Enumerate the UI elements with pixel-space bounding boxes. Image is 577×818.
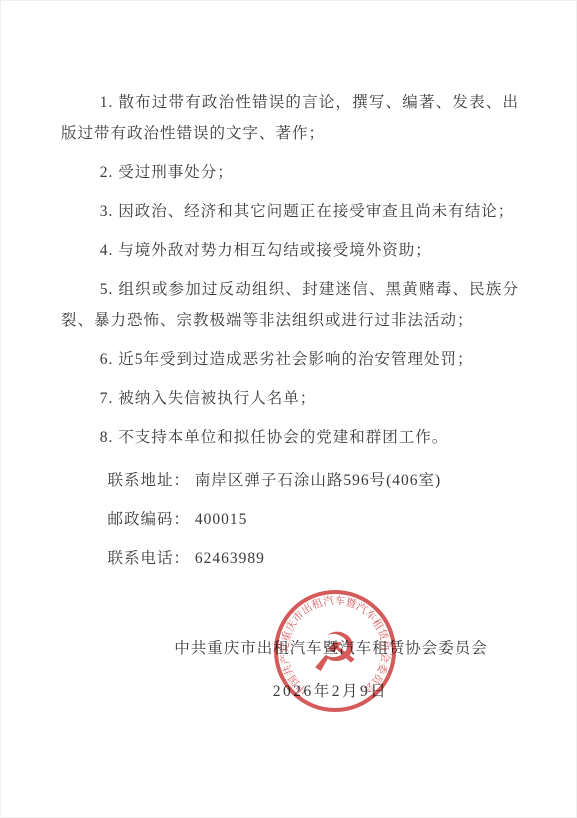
numbered-item-5: 5. 组织或参加过反动组织、封建迷信、黑黄赌毒、民族分裂、暴力恐怖、宗教极端等非… xyxy=(61,274,519,336)
signature-date: 2026年2月9日 xyxy=(1,676,576,707)
numbered-item-8: 8. 不支持本单位和拟任协会的党建和群团工作。 xyxy=(61,422,519,453)
numbered-item-7: 7. 被纳入失信被执行人名单； xyxy=(61,383,519,414)
document-body: 1. 散布过带有政治性错误的言论，撰写、编著、发表、出 版过带有政治性错误的文字… xyxy=(61,87,519,582)
document-page: 1. 散布过带有政治性错误的言论，撰写、编著、发表、出 版过带有政治性错误的文字… xyxy=(0,0,577,818)
contact-phone: 联系电话： 62463989 xyxy=(61,543,519,574)
contact-address: 联系地址： 南岸区弹子石涂山路596号(406室) xyxy=(61,465,519,496)
numbered-item-2: 2. 受过刑事处分； xyxy=(61,157,519,188)
postal-code: 邮政编码： 400015 xyxy=(61,504,519,535)
numbered-item-4: 4. 与境外敌对势力相互勾结或接受境外资助； xyxy=(61,235,519,266)
numbered-item-3: 3. 因政治、经济和其它问题正在接受审查且尚未有结论； xyxy=(61,196,519,227)
signature-organization: 中共重庆市出租汽车暨汽车租赁协会委员会 xyxy=(1,633,576,664)
numbered-item-1: 1. 散布过带有政治性错误的言论，撰写、编著、发表、出 版过带有政治性错误的文字… xyxy=(61,87,519,149)
numbered-item-6: 6. 近5年受到过造成恶劣社会影响的治安管理处罚； xyxy=(61,344,519,375)
